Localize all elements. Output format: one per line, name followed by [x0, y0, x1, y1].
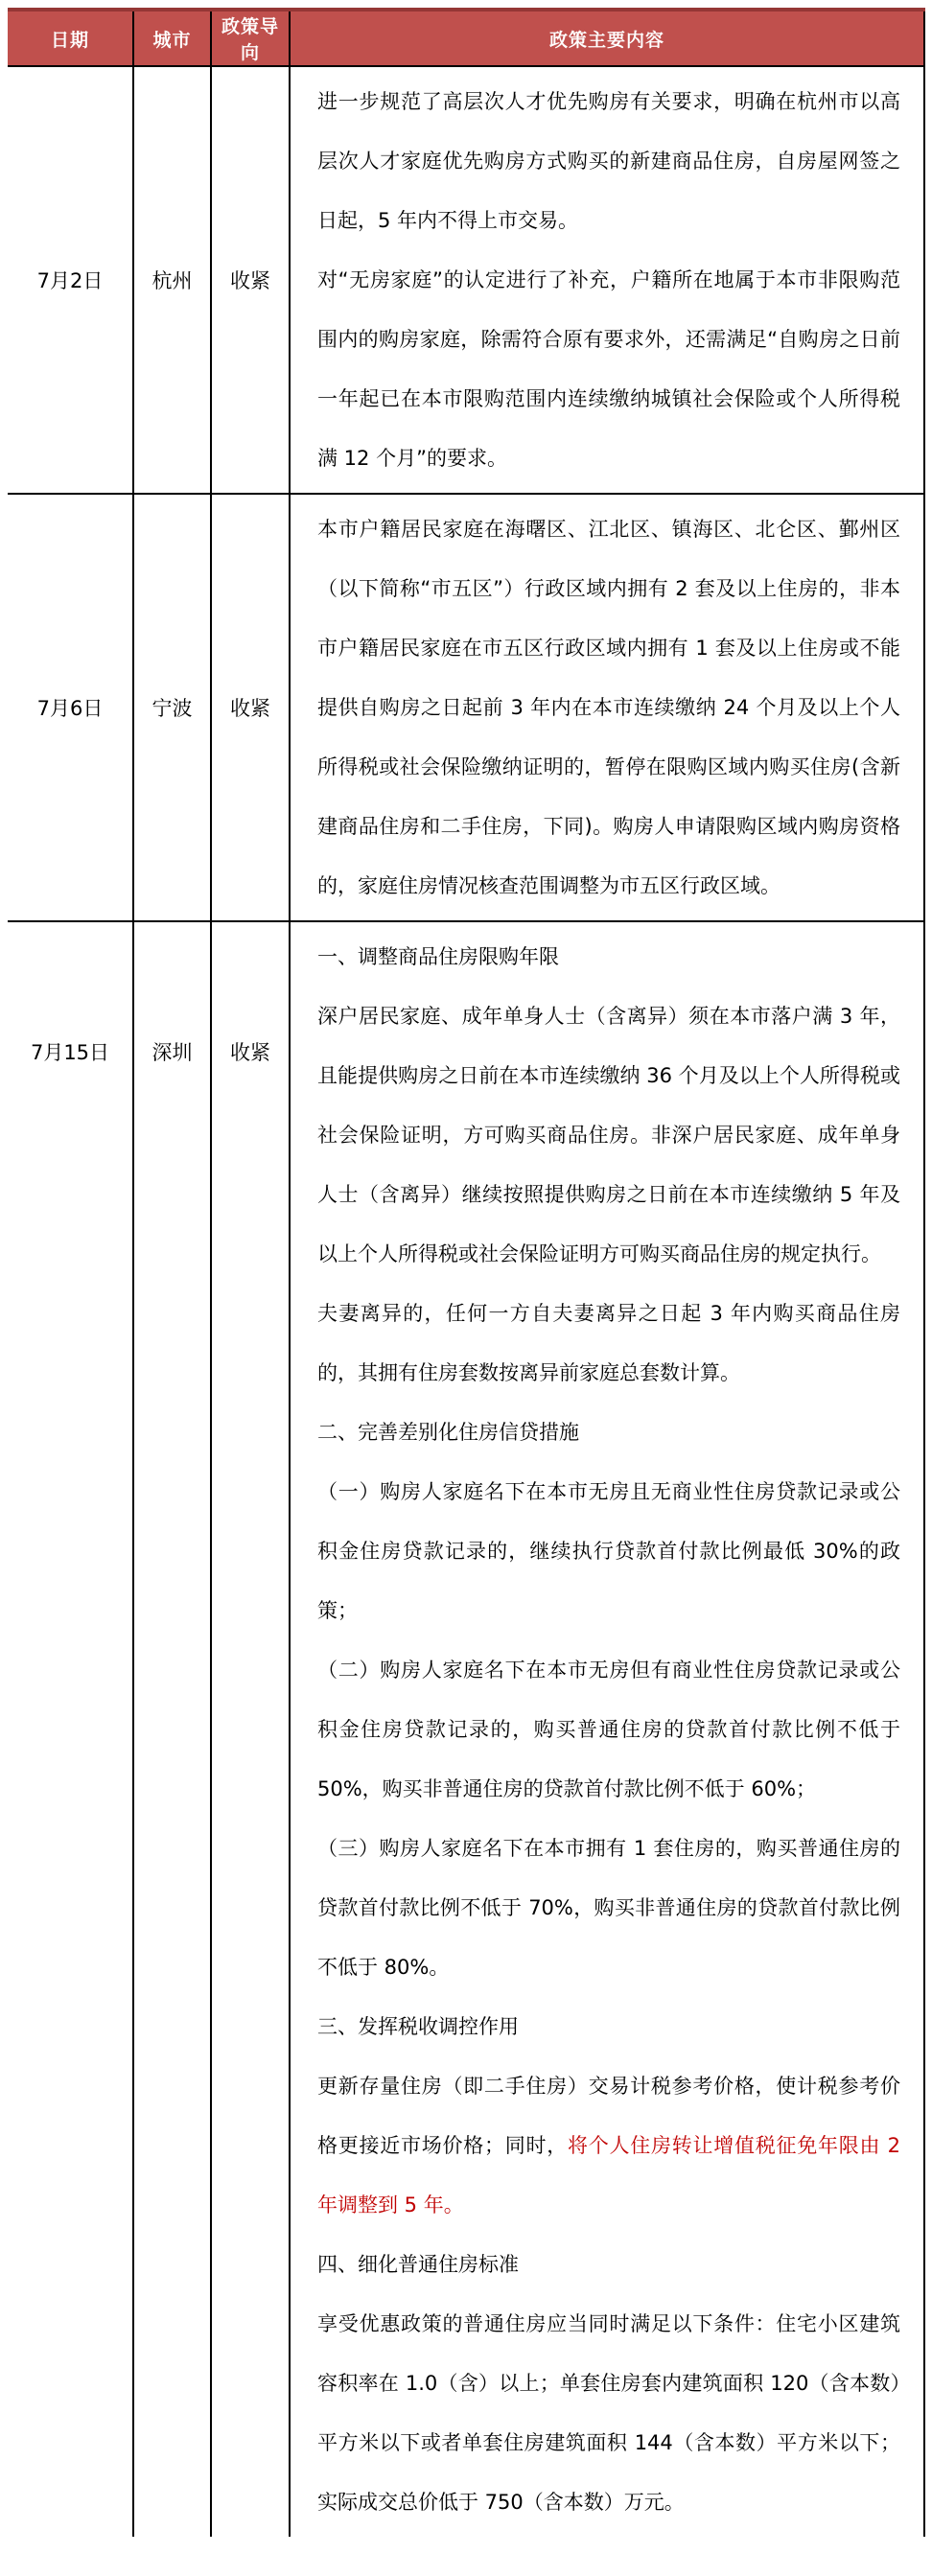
policy-paragraph: （二）购房人家庭名下在本市无房但有商业性住房贷款记录或公积金住房贷款记录的，购买…	[317, 1640, 900, 1819]
policy-text: 四、细化普通住房标准	[317, 2253, 519, 2276]
date-cell: 7月2日	[8, 66, 133, 494]
policy-paragraph: 一、调整商品住房限购年限	[317, 927, 900, 986]
policy-paragraph: 更新存量住房（即二手住房）交易计税参考价格，使计税参考价格更接近市场价格；同时，…	[317, 2056, 900, 2235]
policy-paragraph: 深户居民家庭、成年单身人士（含离异）须在本市落户满 3 年，且能提供购房之日前在…	[317, 986, 900, 1284]
table-row: 7月2日杭州收紧进一步规范了高层次人才优先购房有关要求，明确在杭州市以高层次人才…	[8, 66, 924, 494]
policy-paragraph: 享受优惠政策的普通住房应当同时满足以下条件：住宅小区建筑容积率在 1.0（含）以…	[317, 2294, 900, 2532]
policy-text: （一）购房人家庭名下在本市无房且无商业性住房贷款记录或公积金住房贷款记录的，继续…	[317, 1480, 900, 1622]
policy-paragraph: 三、发挥税收调控作用	[317, 1997, 900, 2056]
policy-paragraph: 二、完善差别化住房信贷措施	[317, 1403, 900, 1462]
table-header: 日期 城市 政策导向 政策主要内容	[8, 10, 924, 66]
policy-text: 三、发挥税收调控作用	[317, 2015, 519, 2038]
table-row: 7月15日深圳收紧一、调整商品住房限购年限深户居民家庭、成年单身人士（含离异）须…	[8, 921, 924, 2537]
policy-content-cell: 进一步规范了高层次人才优先购房有关要求，明确在杭州市以高层次人才家庭优先购房方式…	[290, 66, 924, 494]
document-page: 日期 城市 政策导向 政策主要内容 7月2日杭州收紧进一步规范了高层次人才优先购…	[0, 0, 932, 2576]
policy-paragraph: 夫妻离异的，任何一方自夫妻离异之日起 3 年内购买商品住房的，其拥有住房套数按离…	[317, 1284, 900, 1403]
policy-text: 进一步规范了高层次人才优先购房有关要求，明确在杭州市以高层次人才家庭优先购房方式…	[317, 90, 900, 232]
table-row: 7月6日宁波收紧本市户籍居民家庭在海曙区、江北区、镇海区、北仑区、鄞州区（以下简…	[8, 494, 924, 921]
policy-text: 深户居民家庭、成年单身人士（含离异）须在本市落户满 3 年，且能提供购房之日前在…	[317, 1005, 900, 1265]
policy-paragraph: （一）购房人家庭名下在本市无房且无商业性住房贷款记录或公积金住房贷款记录的，继续…	[317, 1462, 900, 1640]
header-row: 日期 城市 政策导向 政策主要内容	[8, 10, 924, 66]
policy-text: （二）购房人家庭名下在本市无房但有商业性住房贷款记录或公积金住房贷款记录的，购买…	[317, 1659, 900, 1800]
policy-content-cell: 一、调整商品住房限购年限深户居民家庭、成年单身人士（含离异）须在本市落户满 3 …	[290, 921, 924, 2537]
policy-text: 享受优惠政策的普通住房应当同时满足以下条件：住宅小区建筑容积率在 1.0（含）以…	[317, 2312, 900, 2514]
policy-text: 一、调整商品住房限购年限	[317, 945, 559, 968]
col-header-date: 日期	[8, 10, 133, 66]
date-cell: 7月15日	[8, 921, 133, 2537]
policy-text: （三）购房人家庭名下在本市拥有 1 套住房的，购买普通住房的贷款首付款比例不低于…	[317, 1837, 900, 1979]
date-cell: 7月6日	[8, 494, 133, 921]
city-cell: 深圳	[133, 921, 211, 2537]
policy-text: 二、完善差别化住房信贷措施	[317, 1421, 579, 1444]
direction-cell: 收紧	[211, 921, 290, 2537]
direction-cell: 收紧	[211, 494, 290, 921]
policy-text: 本市户籍居民家庭在海曙区、江北区、镇海区、北仑区、鄞州区（以下简称“市五区”）行…	[317, 518, 900, 897]
policy-content-cell: 本市户籍居民家庭在海曙区、江北区、镇海区、北仑区、鄞州区（以下简称“市五区”）行…	[290, 494, 924, 921]
policy-paragraph: 对“无房家庭”的认定进行了补充，户籍所在地属于本市非限购范围内的购房家庭，除需符…	[317, 250, 900, 488]
policy-paragraph: （三）购房人家庭名下在本市拥有 1 套住房的，购买普通住房的贷款首付款比例不低于…	[317, 1819, 900, 1997]
policy-text: 对“无房家庭”的认定进行了补充，户籍所在地属于本市非限购范围内的购房家庭，除需符…	[317, 268, 900, 470]
policy-paragraph: 本市户籍居民家庭在海曙区、江北区、镇海区、北仑区、鄞州区（以下简称“市五区”）行…	[317, 499, 900, 916]
city-cell: 宁波	[133, 494, 211, 921]
policy-paragraph: 四、细化普通住房标准	[317, 2235, 900, 2294]
policy-text: 夫妻离异的，任何一方自夫妻离异之日起 3 年内购买商品住房的，其拥有住房套数按离…	[317, 1302, 900, 1384]
col-header-direction: 政策导向	[211, 10, 290, 66]
col-header-content: 政策主要内容	[290, 10, 924, 66]
policy-paragraph: 进一步规范了高层次人才优先购房有关要求，明确在杭州市以高层次人才家庭优先购房方式…	[317, 72, 900, 250]
direction-cell: 收紧	[211, 66, 290, 494]
table-body: 7月2日杭州收紧进一步规范了高层次人才优先购房有关要求，明确在杭州市以高层次人才…	[8, 66, 924, 2537]
city-cell: 杭州	[133, 66, 211, 494]
col-header-city: 城市	[133, 10, 211, 66]
policy-table: 日期 城市 政策导向 政策主要内容 7月2日杭州收紧进一步规范了高层次人才优先购…	[8, 8, 925, 2537]
